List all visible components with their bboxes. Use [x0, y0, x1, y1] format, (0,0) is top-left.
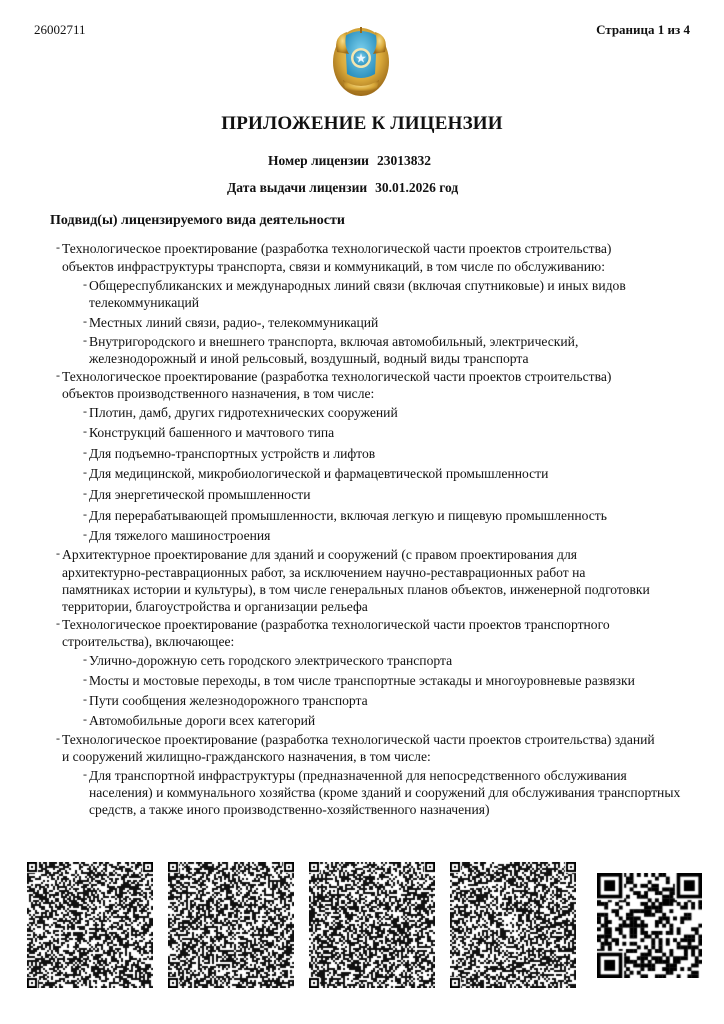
list-item: Мосты и мостовые переходы, в том числе т… — [89, 672, 635, 689]
page-title: ПРИЛОЖЕНИЕ К ЛИЦЕНЗИИ — [0, 113, 724, 135]
footer-codes — [0, 860, 724, 990]
list-item: Местных линий связи, радио-, телекоммуни… — [89, 314, 378, 331]
list-item: Для энергетической промышленности — [89, 486, 310, 503]
bullet-dash-icon: - — [83, 277, 87, 292]
list-item: Для подъемно-транспортных устройств и ли… — [89, 445, 375, 462]
bullet-dash-icon: - — [83, 404, 87, 419]
list-item: Технологическое проектирование (разработ… — [62, 240, 611, 257]
bullet-dash-icon: - — [56, 731, 60, 746]
bullet-dash-icon: - — [83, 445, 87, 460]
list-item: Для тяжелого машиностроения — [89, 527, 270, 544]
list-item: Технологическое проектирование (разработ… — [62, 731, 655, 748]
list-item: Пути сообщения железнодорожного транспор… — [89, 692, 368, 709]
qr-code — [597, 873, 702, 978]
list-item: средств, а также иного производственно-х… — [89, 801, 490, 818]
document-id: 26002711 — [34, 22, 86, 38]
bullet-dash-icon: - — [56, 546, 60, 561]
license-date-value: 30.01.2026 год — [375, 180, 458, 195]
list-item: Для медицинской, микробиологической и фа… — [89, 465, 548, 482]
bullet-dash-icon: - — [83, 465, 87, 480]
list-item: Архитектурное проектирование для зданий … — [62, 546, 577, 563]
bullet-dash-icon: - — [56, 616, 60, 631]
list-item: Плотин, дамб, других гидротехнических со… — [89, 404, 398, 421]
bullet-dash-icon: - — [83, 507, 87, 522]
list-item: Для перерабатывающей промышленности, вкл… — [89, 507, 607, 524]
license-number-label: Номер лицензии — [268, 153, 369, 168]
barcode-1 — [27, 862, 153, 988]
list-item: памятниках истории и культуры), в том чи… — [62, 581, 650, 598]
bullet-dash-icon: - — [83, 692, 87, 707]
bullet-dash-icon: - — [83, 486, 87, 501]
list-item: Конструкций башенного и мачтового типа — [89, 424, 334, 441]
list-item: железнодорожный и иной рельсовый, воздуш… — [89, 350, 529, 367]
list-item: строительства), включающее: — [62, 633, 234, 650]
barcode-4 — [450, 862, 576, 988]
bullet-dash-icon: - — [56, 240, 60, 255]
barcode-2 — [168, 862, 294, 988]
list-item: объектов инфраструктуры транспорта, связ… — [62, 258, 605, 275]
bullet-dash-icon: - — [83, 424, 87, 439]
bullet-dash-icon: - — [83, 333, 87, 348]
list-item: Внутригородского и внешнего транспорта, … — [89, 333, 578, 350]
list-item: Улично-дорожную сеть городского электрич… — [89, 652, 452, 669]
list-item: Технологическое проектирование (разработ… — [62, 368, 611, 385]
section-heading: Подвид(ы) лицензируемого вида деятельнос… — [50, 213, 345, 229]
license-number-value: 23013832 — [377, 153, 431, 168]
barcode-3 — [309, 862, 435, 988]
license-number: Номер лицензии23013832 — [268, 153, 431, 169]
list-item: и сооружений жилищно-гражданского назнач… — [62, 748, 431, 765]
list-item: Общереспубликанских и международных лини… — [89, 277, 626, 294]
bullet-dash-icon: - — [83, 314, 87, 329]
list-item: объектов производственного назначения, в… — [62, 385, 374, 402]
page-indicator: Страница 1 из 4 — [596, 22, 690, 38]
bullet-dash-icon: - — [83, 767, 87, 782]
state-emblem-icon — [331, 22, 391, 98]
bullet-dash-icon: - — [56, 368, 60, 383]
bullet-dash-icon: - — [83, 672, 87, 687]
list-item: Для транспортной инфраструктуры (предназ… — [89, 767, 627, 784]
bullet-dash-icon: - — [83, 652, 87, 667]
list-item: населения) и коммунального хозяйства (кр… — [89, 784, 680, 801]
list-item: телекоммуникаций — [89, 294, 199, 311]
license-date: Дата выдачи лицензии30.01.2026 год — [227, 180, 458, 196]
list-item: территории, благоустройства и организаци… — [62, 598, 368, 615]
list-item: Автомобильные дороги всех категорий — [89, 712, 315, 729]
license-date-label: Дата выдачи лицензии — [227, 180, 367, 195]
bullet-dash-icon: - — [83, 712, 87, 727]
list-item: Технологическое проектирование (разработ… — [62, 616, 610, 633]
list-item: архитектурно-реставрационных работ, за и… — [62, 564, 585, 581]
bullet-dash-icon: - — [83, 527, 87, 542]
